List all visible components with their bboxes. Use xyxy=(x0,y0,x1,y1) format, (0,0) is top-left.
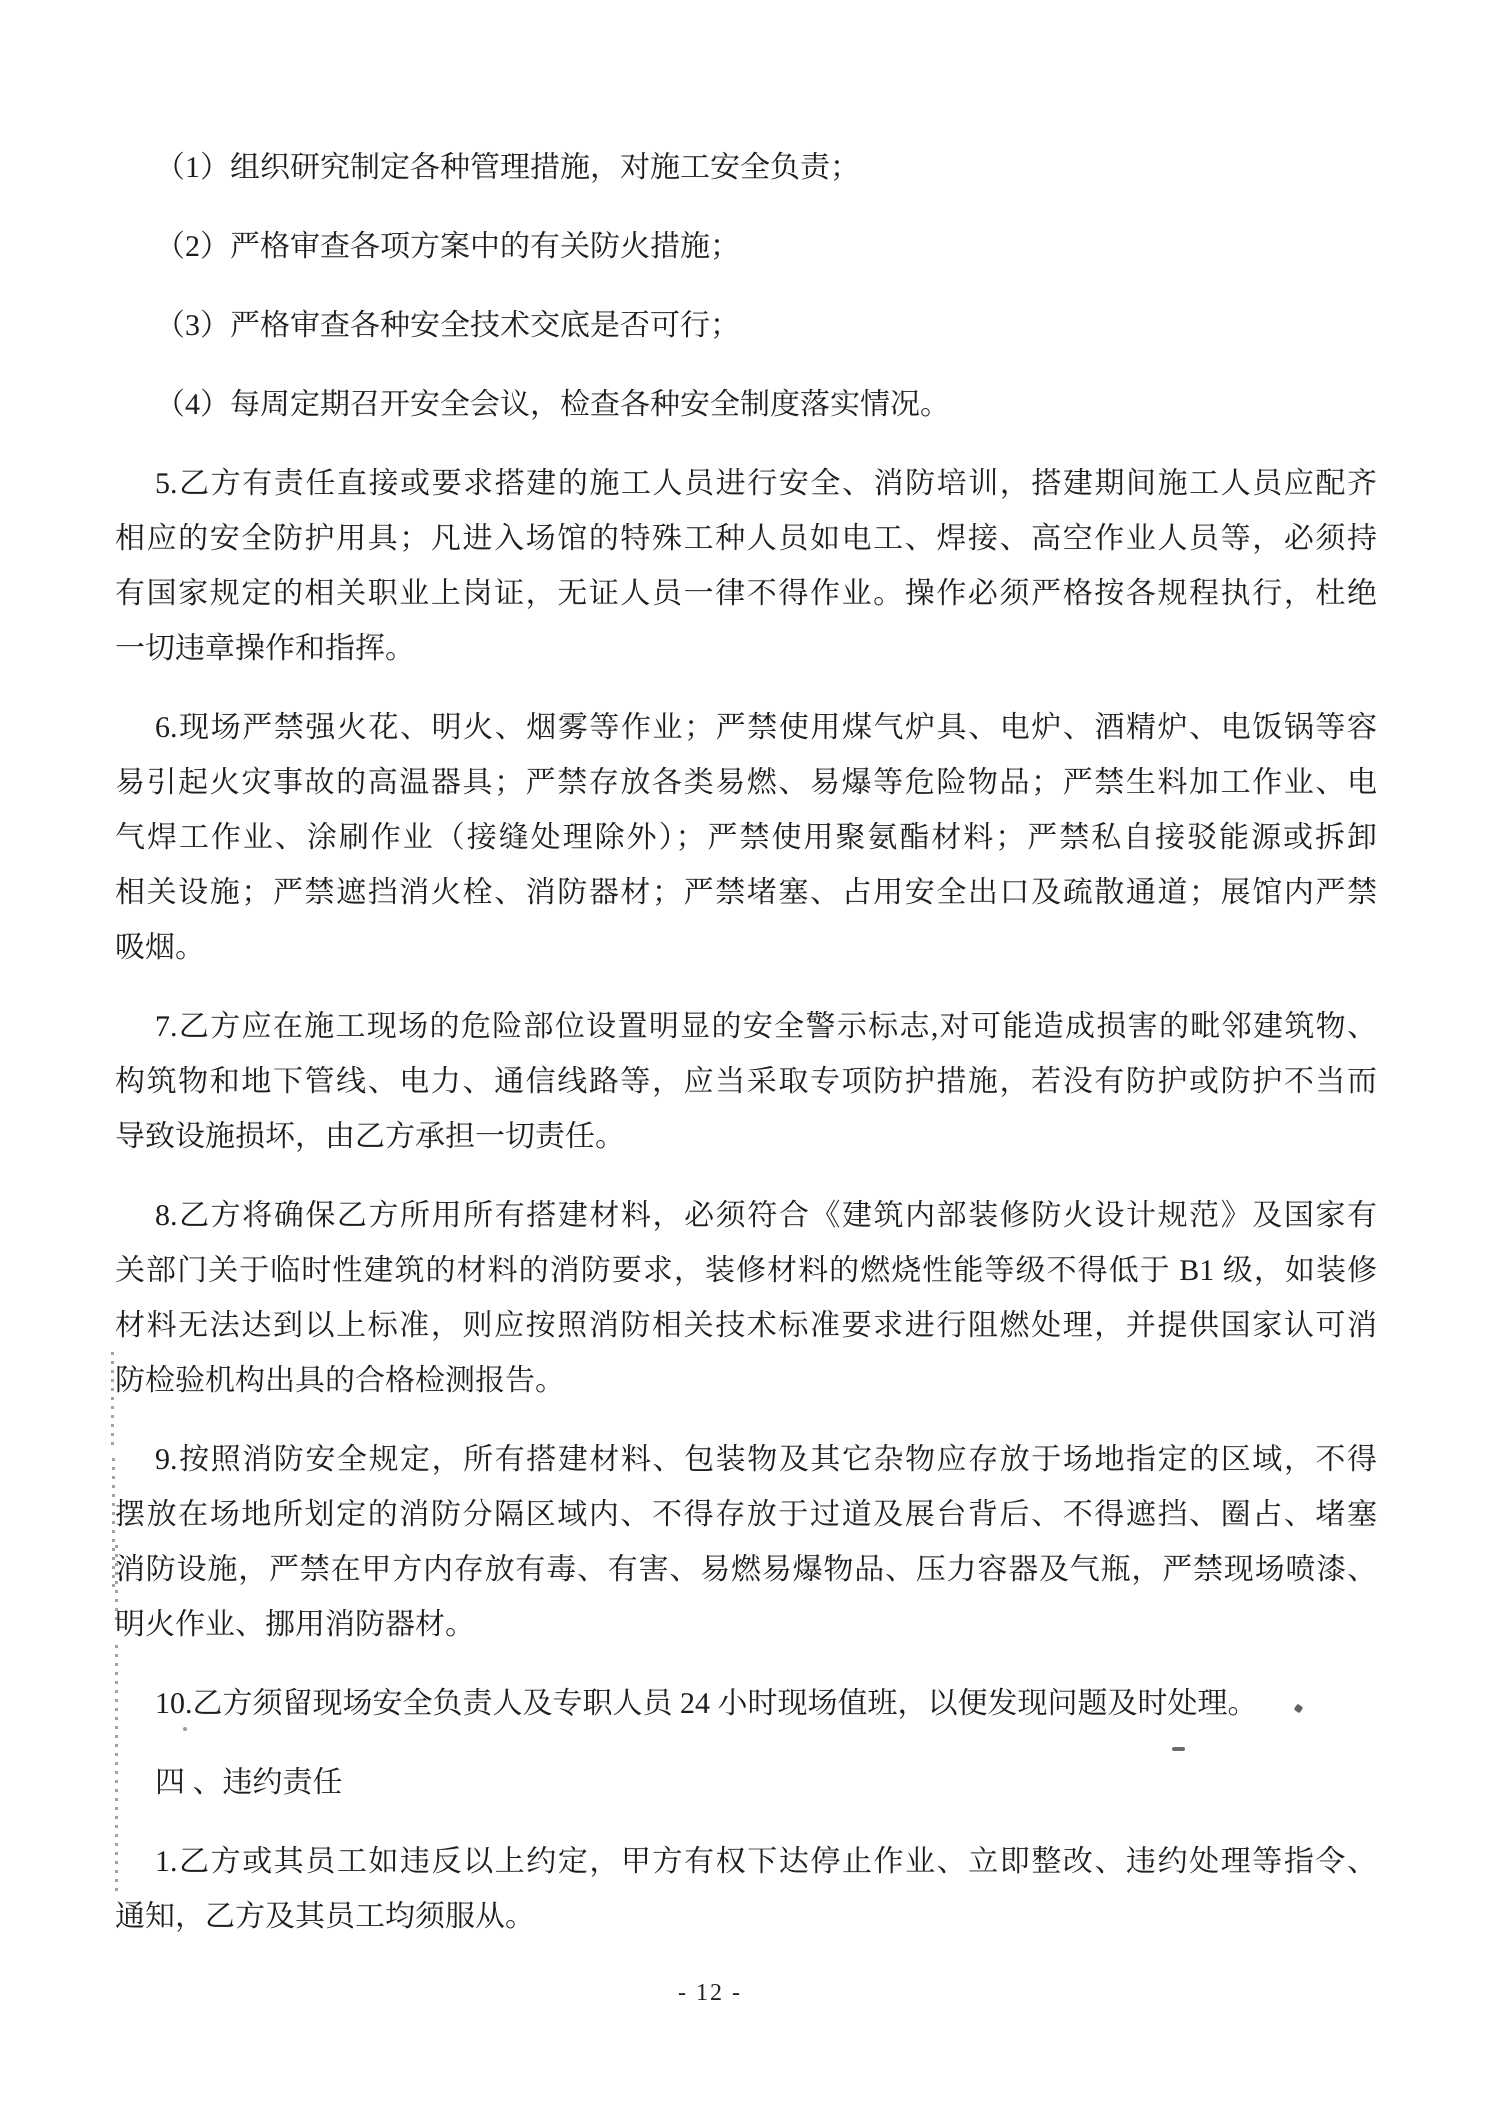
text-line: 材料无法达到以上标准，则应按照消防相关技术标准要求进行阻燃处理，并提供国家认可消 xyxy=(115,1298,1377,1353)
text-line: 9.按照消防安全规定，所有搭建材料、包装物及其它杂物应存放于场地指定的区域，不得 xyxy=(115,1432,1377,1487)
paragraph-clause-6: 6.现场严禁强火花、明火、烟雾等作业；严禁使用煤气炉具、电炉、酒精炉、电饭锅等容… xyxy=(115,700,1377,975)
text-line: 导致设施损坏，由乙方承担一切责任。 xyxy=(115,1109,1377,1164)
text-line: （4）每周定期召开安全会议，检查各种安全制度落实情况。 xyxy=(115,377,1377,432)
text-line: 防检验机构出具的合格检测报告。 xyxy=(115,1353,1377,1408)
scan-artifact-margin-marks xyxy=(115,1545,118,1623)
text-line: 有国家规定的相关职业上岗证，无证人员一律不得作业。操作必须严格按各规程执行，杜绝 xyxy=(115,566,1377,621)
text-line: 消防设施，严禁在甲方内存放有毒、有害、易燃易爆物品、压力容器及气瓶，严禁现场喷漆… xyxy=(115,1542,1377,1597)
paragraph-clause-9: 9.按照消防安全规定，所有搭建材料、包装物及其它杂物应存放于场地指定的区域，不得… xyxy=(115,1432,1377,1652)
paragraph-clause-5: 5.乙方有责任直接或要求搭建的施工人员进行安全、消防培训，搭建期间施工人员应配齐… xyxy=(115,456,1377,676)
text-line: 关部门关于临时性建筑的材料的消防要求，装修材料的燃烧性能等级不得低于 B1 级，… xyxy=(115,1243,1377,1298)
document-page: （1）组织研究制定各种管理措施，对施工安全负责；（2）严格审查各项方案中的有关防… xyxy=(0,0,1488,2104)
paragraph-item-3: （3）严格审查各种安全技术交底是否可行； xyxy=(115,298,1377,353)
text-line: 7.乙方应在施工现场的危险部位设置明显的安全警示标志,对可能造成损害的毗邻建筑物… xyxy=(115,999,1377,1054)
text-line: 摆放在场地所划定的消防分隔区域内、不得存放于过道及展台背后、不得遮挡、圈占、堵塞 xyxy=(115,1487,1377,1542)
paragraph-item-2: （2）严格审查各项方案中的有关防火措施； xyxy=(115,219,1377,274)
text-line: （1）组织研究制定各种管理措施，对施工安全负责； xyxy=(115,140,1377,195)
text-line: （2）严格审查各项方案中的有关防火措施； xyxy=(115,219,1377,274)
paragraph-clause-10: 10.乙方须留现场安全负责人及专职人员 24 小时现场值班，以便发现问题及时处理… xyxy=(115,1676,1377,1731)
text-line: 构筑物和地下管线、电力、通信线路等，应当采取专项防护措施，若没有防护或防护不当而 xyxy=(115,1054,1377,1109)
text-line: 气焊工作业、涂刷作业（接缝处理除外）；严禁使用聚氨酯材料；严禁私自接驳能源或拆卸 xyxy=(115,810,1377,865)
text-line: 8.乙方将确保乙方所用所有搭建材料，必须符合《建筑内部装修防火设计规范》及国家有 xyxy=(115,1188,1377,1243)
text-line: 6.现场严禁强火花、明火、烟雾等作业；严禁使用煤气炉具、电炉、酒精炉、电饭锅等容 xyxy=(115,700,1377,755)
paragraph-section-4-heading: 四 、违约责任 xyxy=(115,1755,1377,1810)
document-body: （1）组织研究制定各种管理措施，对施工安全负责；（2）严格审查各项方案中的有关防… xyxy=(115,140,1377,1944)
paragraph-item-4: （4）每周定期召开安全会议，检查各种安全制度落实情况。 xyxy=(115,377,1377,432)
text-line: 10.乙方须留现场安全负责人及专职人员 24 小时现场值班，以便发现问题及时处理… xyxy=(115,1676,1377,1731)
text-line: 相关设施；严禁遮挡消火栓、消防器材；严禁堵塞、占用安全出口及疏散通道；展馆内严禁 xyxy=(115,865,1377,920)
scan-artifact-margin-marks xyxy=(111,1352,114,1447)
text-line: 四 、违约责任 xyxy=(115,1755,1377,1810)
paragraph-clause-7: 7.乙方应在施工现场的危险部位设置明显的安全警示标志,对可能造成损害的毗邻建筑物… xyxy=(115,999,1377,1164)
text-line: 1.乙方或其员工如违反以上约定，甲方有权下达停止作业、立即整改、违约处理等指令、 xyxy=(115,1834,1377,1889)
paragraph-item-1: （1）组织研究制定各种管理措施，对施工安全负责； xyxy=(115,140,1377,195)
text-line: 5.乙方有责任直接或要求搭建的施工人员进行安全、消防培训，搭建期间施工人员应配齐 xyxy=(115,456,1377,511)
scan-artifact-speck xyxy=(1172,1747,1185,1751)
scan-artifact-margin-marks xyxy=(115,1645,118,1895)
page-number: - 12 - xyxy=(35,1966,1385,2021)
text-line: 吸烟。 xyxy=(115,920,1377,975)
text-line: 易引起火灾事故的高温器具；严禁存放各类易燃、易爆等危险物品；严禁生料加工作业、电 xyxy=(115,755,1377,810)
paragraph-clause-4-1: 1.乙方或其员工如违反以上约定，甲方有权下达停止作业、立即整改、违约处理等指令、… xyxy=(115,1834,1377,1944)
paragraph-clause-8: 8.乙方将确保乙方所用所有搭建材料，必须符合《建筑内部装修防火设计规范》及国家有… xyxy=(115,1188,1377,1408)
text-line: 相应的安全防护用具；凡进入场馆的特殊工种人员如电工、焊接、高空作业人员等，必须持 xyxy=(115,511,1377,566)
text-line: 明火作业、挪用消防器材。 xyxy=(115,1597,1377,1652)
scan-artifact-speck xyxy=(183,1727,187,1731)
text-line: 一切违章操作和指挥。 xyxy=(115,621,1377,676)
text-line: （3）严格审查各种安全技术交底是否可行； xyxy=(115,298,1377,353)
text-line: 通知，乙方及其员工均须服从。 xyxy=(115,1889,1377,1944)
